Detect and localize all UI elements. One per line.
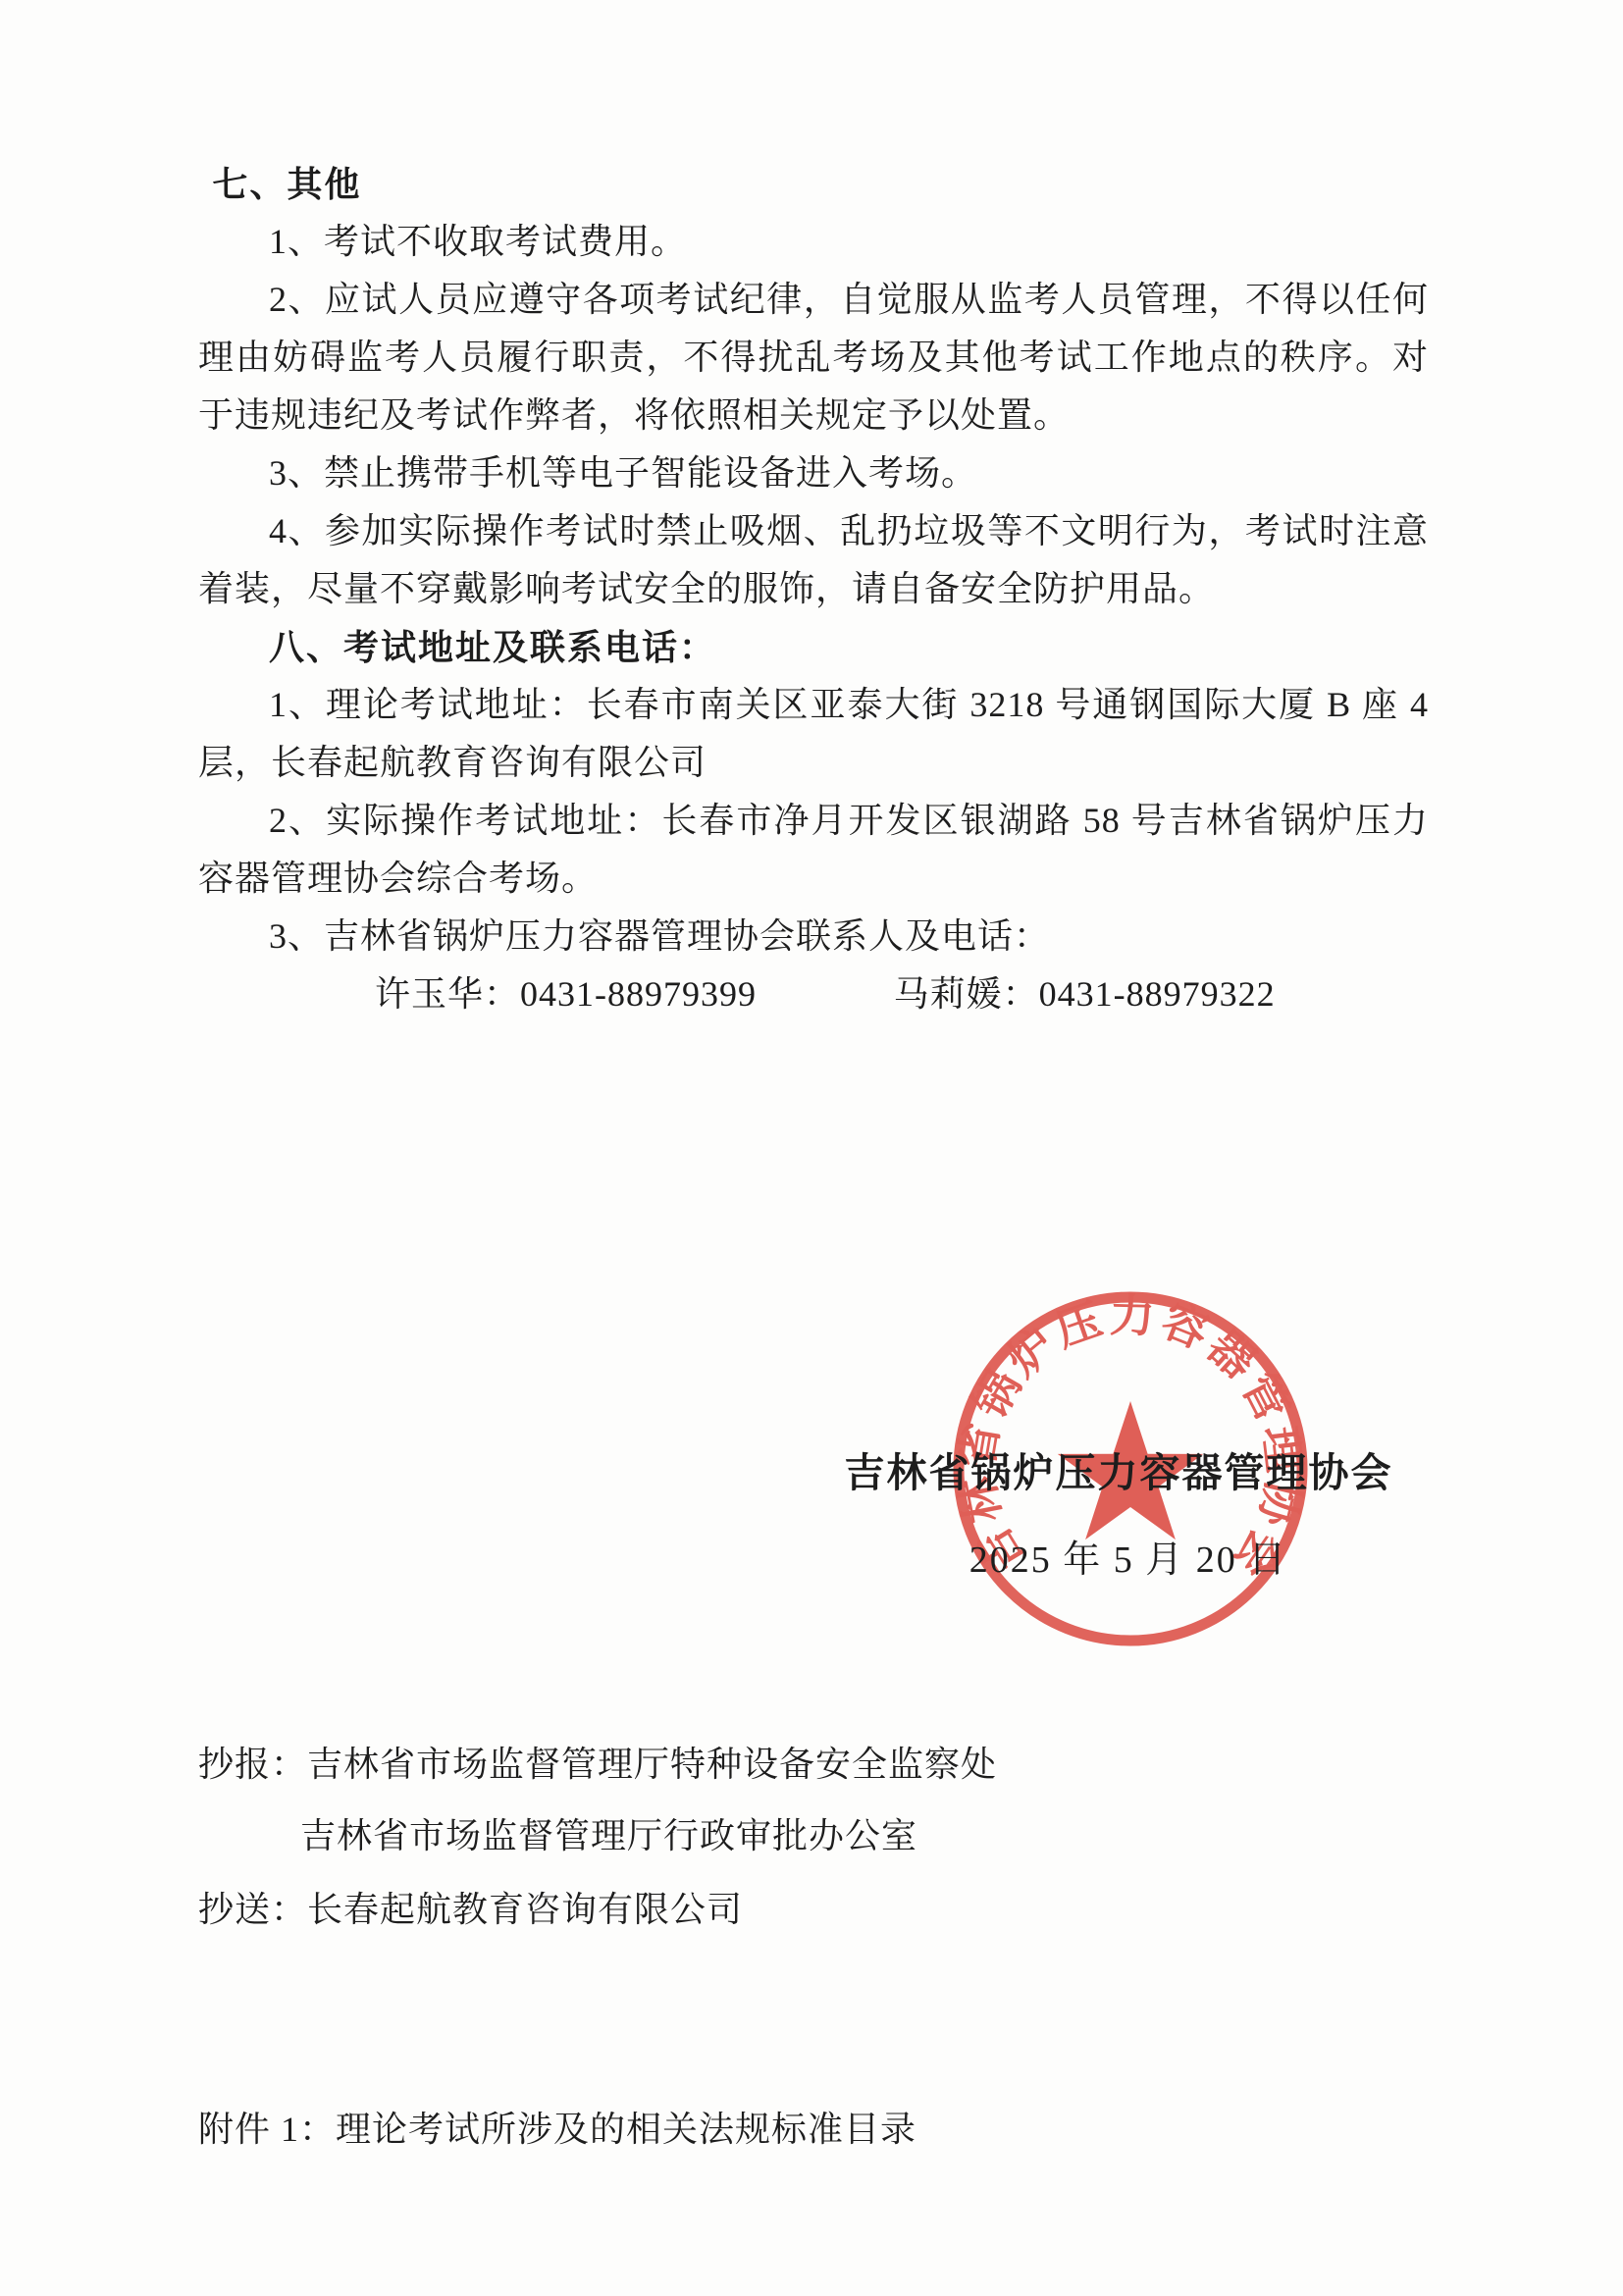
section-7-item-1: 1、考试不收取考试费用。 [198, 213, 1429, 271]
cc-send-label: 抄送： [198, 1890, 307, 1929]
cc-send-line: 抄送：长春起航教育咨询有限公司 [198, 1882, 743, 1932]
document-page: 七、其他 1、考试不收取考试费用。 2、应试人员应遵守各项考试纪律，自觉服从监考… [0, 0, 1623, 2296]
section-8-item-1: 1、理论考试地址：长春市南关区亚泰大街 3218 号通钢国际大厦 B 座 4 层… [198, 676, 1429, 792]
section-8-item-2: 2、实际操作考试地址：长春市净月开发区银湖路 58 号吉林省锅炉压力容器管理协会… [198, 792, 1429, 908]
cc-report-recipient-2: 吉林省市场监督管理厅行政审批办公室 [300, 1816, 917, 1855]
cc-send-recipient: 长春起航教育咨询有限公司 [307, 1890, 743, 1929]
contact-1-phone: 0431-88979399 [520, 974, 757, 1014]
cc-report-line-2: 吉林省市场监督管理厅行政审批办公室 [300, 1808, 917, 1858]
cc-report-recipient-1: 吉林省市场监督管理厅特种设备安全监察处 [307, 1745, 997, 1784]
cc-report-label: 抄报： [198, 1745, 307, 1784]
section-8-item-3: 3、吉林省锅炉压力容器管理协会联系人及电话： [198, 908, 1429, 965]
contact-1-name: 许玉华： [375, 974, 520, 1014]
signature-organization: 吉林省锅炉压力容器管理协会 [844, 1440, 1393, 1498]
contact-phone-line: 许玉华：0431-88979399 马莉媛：0431-88979322 [198, 965, 1429, 1023]
attachment-note: 附件 1：理论考试所涉及的相关法规标准目录 [198, 2102, 916, 2152]
contact-1: 许玉华：0431-88979399 [375, 974, 757, 1014]
section-8-heading: 八、考试地址及联系电话： [198, 618, 1429, 676]
contact-2-phone: 0431-88979322 [1039, 974, 1276, 1014]
contact-2: 马莉媛：0431-88979322 [894, 974, 1276, 1014]
section-7-item-4: 4、参加实际操作考试时禁止吸烟、乱扔垃圾等不文明行为，考试时注意着装，尽量不穿戴… [198, 502, 1429, 618]
section-7-item-3: 3、禁止携带手机等电子智能设备进入考场。 [198, 444, 1429, 502]
contact-2-name: 马莉媛： [894, 974, 1039, 1014]
section-7-item-2: 2、应试人员应遵守各项考试纪律，自觉服从监考人员管理，不得以任何理由妨碍监考人员… [198, 271, 1429, 444]
main-text-block: 七、其他 1、考试不收取考试费用。 2、应试人员应遵守各项考试纪律，自觉服从监考… [198, 155, 1429, 1023]
section-7-heading: 七、其他 [198, 155, 1429, 213]
cc-report-line-1: 抄报：吉林省市场监督管理厅特种设备安全监察处 [198, 1737, 997, 1787]
signature-date: 2025 年 5 月 20 日 [942, 1529, 1315, 1583]
